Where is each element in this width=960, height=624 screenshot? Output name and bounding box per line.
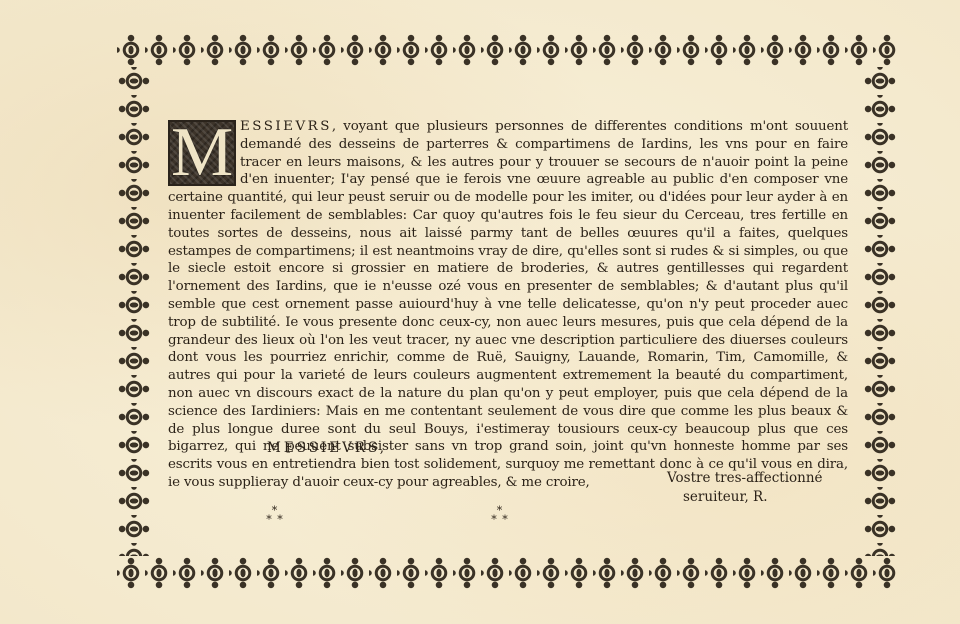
border-left bbox=[117, 67, 151, 556]
border-right bbox=[863, 67, 897, 556]
first-word: ESSIEVRS bbox=[240, 119, 332, 134]
star-bottom: * * bbox=[488, 515, 512, 524]
signature-line: seruiteur, R. bbox=[667, 488, 823, 507]
salutation: MESSIEVRS, bbox=[267, 440, 387, 456]
asterism-ornament-left: * * * bbox=[263, 506, 287, 524]
border-top bbox=[117, 33, 897, 67]
letter-body: MESSIEVRS, voyant que plusieurs personne… bbox=[168, 118, 848, 492]
drop-cap-letter: M bbox=[170, 120, 234, 186]
closing-line: Vostre tres-affectionné bbox=[667, 469, 823, 488]
border-bottom bbox=[117, 556, 897, 590]
asterism-ornament-center: * * * bbox=[488, 506, 512, 524]
drop-cap-initial: M bbox=[168, 120, 236, 186]
star-bottom: * * bbox=[263, 515, 287, 524]
body-paragraph: MESSIEVRS, voyant que plusieurs personne… bbox=[168, 118, 848, 492]
signature-block: Vostre tres-affectionné seruiteur, R. bbox=[667, 469, 823, 507]
body-text: , voyant que plusieurs personnes de diff… bbox=[168, 119, 848, 490]
